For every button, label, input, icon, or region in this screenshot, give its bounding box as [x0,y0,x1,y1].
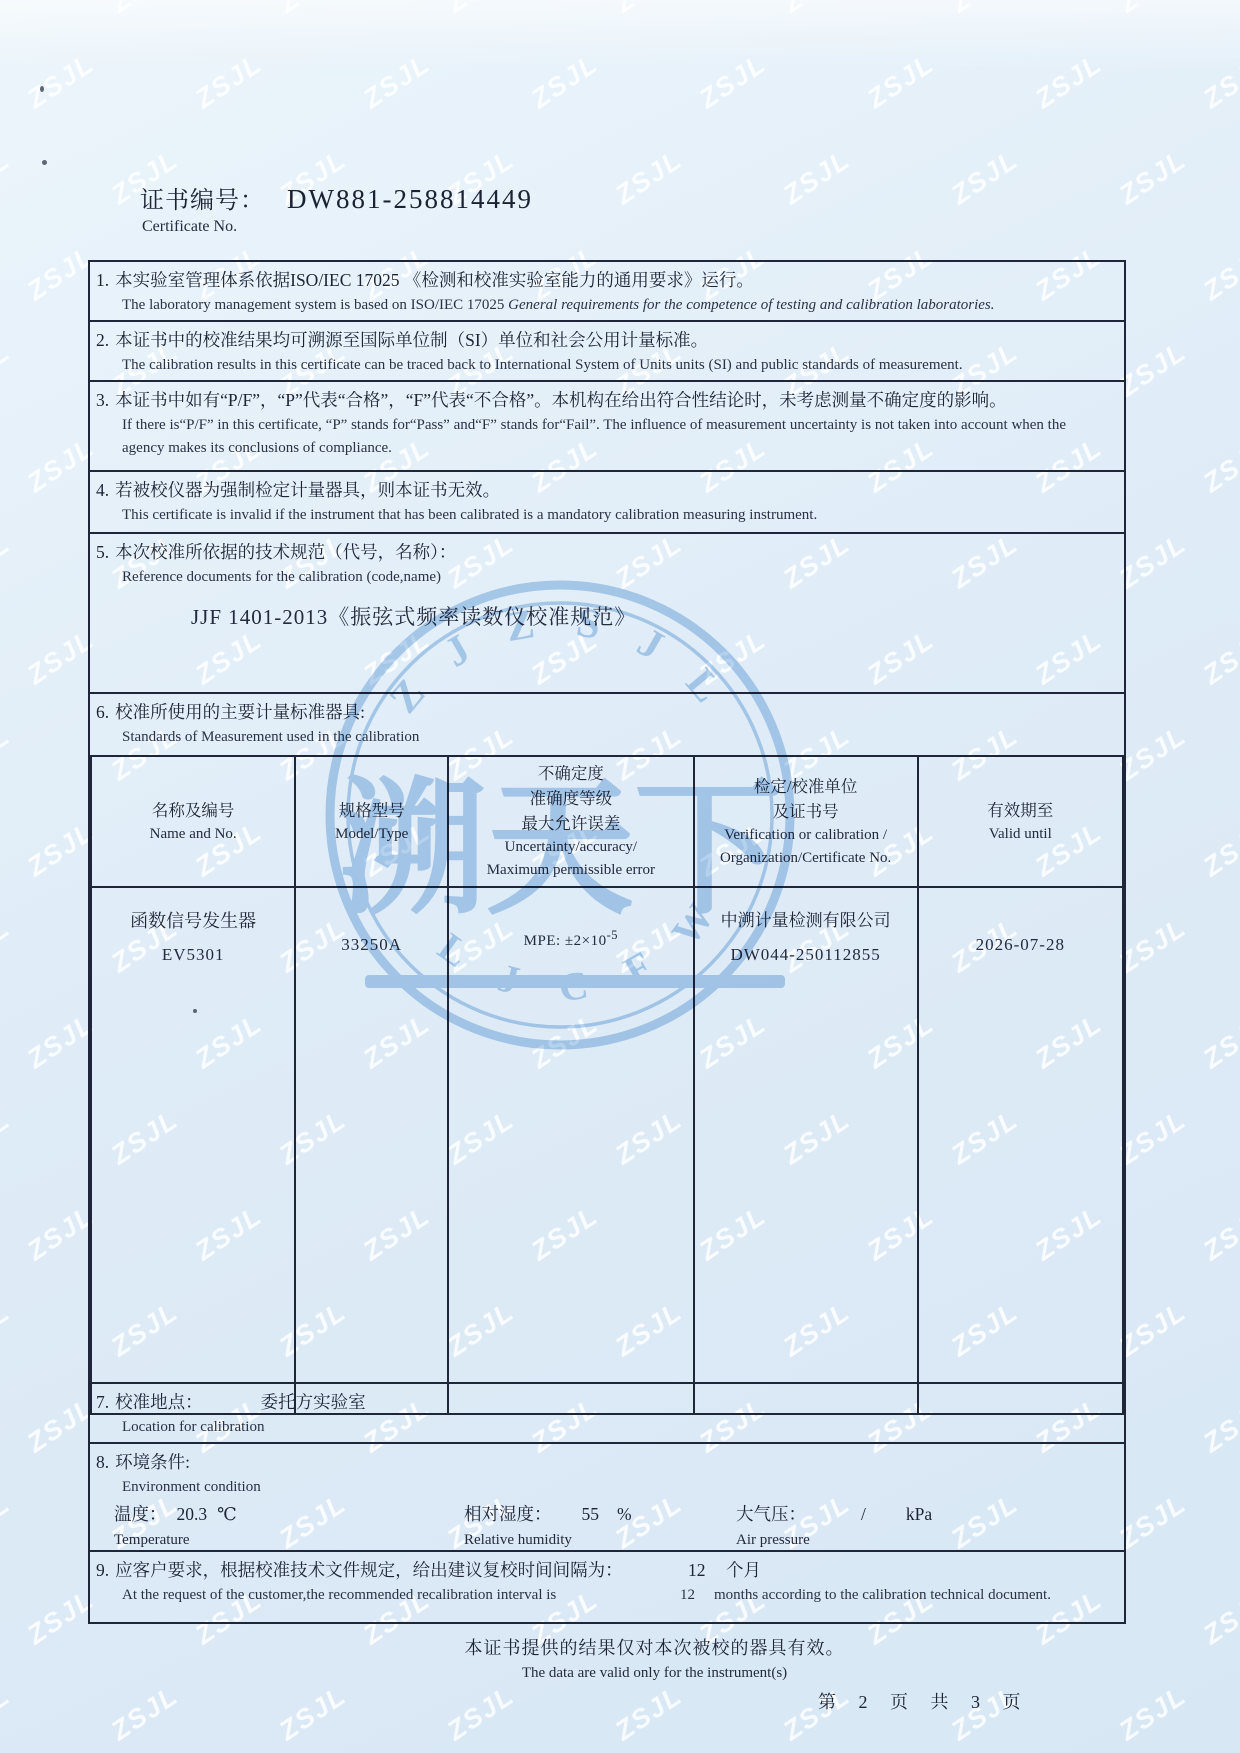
clause-text-en: The laboratory management system is base… [122,297,508,313]
calibration-location-value: 委托方实验室 [261,1392,366,1412]
recalibration-interval-zh: 12 [688,1557,706,1584]
section-2: 2.本证书中的校准结果均可溯源至国际单位制（SI）单位和社会公用计量标准。 Th… [88,320,1126,382]
cell-organization: 中溯计量检测有限公司 DW044-250112855 [694,887,918,1414]
clause-text-en: Standards of Measurement used in the cal… [90,726,1124,749]
cell-model: 33250A [295,887,448,1414]
temperature-block: 温度：20.3℃ Temperature [114,1501,237,1549]
header-cell-valid-until: 有效期至 Valid until [918,756,1123,887]
clause-number: 8. [96,1452,115,1472]
air-pressure-value: / [861,1504,866,1524]
clause-number: 6. [96,702,115,722]
humidity-block: 相对湿度：55% Relative humidity [464,1501,632,1549]
clause-text-en: If there is“P/F” in this certificate, “P… [96,414,1107,460]
clause-text-en: The calibration results in this certific… [96,354,1116,377]
clause-text-en-italic: General requirements for the competence … [508,297,994,313]
clause-text-zh: 环境条件: [115,1452,190,1472]
cell-instrument-name: 函数信号发生器 EV5301 [91,887,295,1414]
cert-no-label-en: Certificate No. [142,218,533,236]
clause-number: 7. [96,1392,115,1412]
standards-table: 名称及编号 Name and No. 规格型号 Model/Type 不确定度 … [90,755,1124,1415]
section-1: 1.本实验室管理体系依据ISO/IEC 17025 《检测和校准实验室能力的通用… [88,260,1126,322]
section-7: 7.校准地点：委托方实验室 Location for calibration [88,1382,1126,1444]
section-8: 8.环境条件: Environment condition 温度：20.3℃ T… [88,1442,1126,1552]
standards-table-data-row: 函数信号发生器 EV5301 33250A MPE: ±2×10-5 中溯计量检… [91,887,1123,1414]
footer-note-zh: 本证书提供的结果仅对本次被校的器具有效。 [183,1634,1126,1660]
cert-no-label-zh: 证书编号： [140,188,265,214]
cell-valid-until: 2026-07-28 [918,887,1123,1414]
footer-note: 本证书提供的结果仅对本次被校的器具有效。 The data are valid … [88,1634,1126,1682]
clause-text-zh: 本证书中如有“P/F”，“P”代表“合格”，“F”代表“不合格”。本机构在给出符… [115,390,1006,410]
clause-number: 4. [96,480,115,500]
footer-note-en: The data are valid only for the instrume… [183,1665,1126,1682]
certificate-page: ZSJLZSJLZSJLZSJLZSJLZSJLZSJLZSJLZSJLZSJL… [0,0,1240,1753]
clause-number: 9. [96,1560,115,1580]
clause-text-en: Reference documents for the calibration … [96,566,1116,589]
cert-no-value: DW881-258814449 [287,184,533,214]
certificate-number-block: 证书编号：DW881-258814449 Certificate No. [140,180,533,236]
reference-document: JJF 1401-2013《振弦式频率读数仪校准规范》 [96,601,1116,631]
temperature-value: 20.3 [177,1504,208,1524]
section-3: 3.本证书中如有“P/F”，“P”代表“合格”，“F”代表“不合格”。本机构在给… [88,380,1126,472]
clause-number: 2. [96,330,115,350]
section-4: 4.若被校仪器为强制检定计量器具，则本证书无效。 This certificat… [88,470,1126,534]
standards-table-header-row: 名称及编号 Name and No. 规格型号 Model/Type 不确定度 … [91,756,1123,887]
clause-number: 5. [96,542,115,562]
clause-number: 1. [96,270,115,290]
clauses-container: 1.本实验室管理体系依据ISO/IEC 17025 《检测和校准实验室能力的通用… [88,260,1126,1624]
recalibration-interval-en: 12 [680,1584,695,1607]
clause-text-en: Environment condition [96,1476,1116,1499]
clause-text-zh: 本证书中的校准结果均可溯源至国际单位制（SI）单位和社会公用计量标准。 [115,330,708,350]
recalibration-interval-unit-zh: 个月 [726,1557,761,1584]
clause-text-en: Location for calibration [96,1416,1116,1439]
header-cell-uncertainty: 不确定度 准确度等级 最大允许误差 Uncertainty/accuracy/ … [448,756,694,887]
header-cell-name: 名称及编号 Name and No. [91,756,295,887]
header-cell-model: 规格型号 Model/Type [295,756,448,887]
certificate-content: 证书编号：DW881-258814449 Certificate No. 1.本… [0,0,1240,1753]
cell-mpe: MPE: ±2×10-5 [448,887,694,1414]
page-number: 第 2 页 共 3 页 [818,1688,1030,1714]
clause-text-zh: 本实验室管理体系依据ISO/IEC 17025 《检测和校准实验室能力的通用要求… [115,270,754,290]
clause-number: 3. [96,390,115,410]
clause-text-zh: 校准地点： [115,1392,203,1412]
section-5: 5.本次校准所依据的技术规范（代号，名称）： Reference documen… [88,532,1126,694]
clause-text-zh: 校准所使用的主要计量标准器具: [115,702,365,722]
clause-text-zh: 应客户要求，根据校准技术文件规定，给出建议复校时间间隔为： [115,1560,623,1580]
clause-text-zh: 本次校准所依据的技术规范（代号，名称）： [115,542,456,562]
header-cell-organization: 检定/校准单位 及证书号 Verification or calibration… [694,756,918,887]
humidity-value: 55 [582,1504,600,1524]
clause-text-zh: 若被校仪器为强制检定计量器具，则本证书无效。 [115,480,500,500]
recalibration-interval-suffix-en: months according to the calibration tech… [714,1584,1051,1607]
air-pressure-block: 大气压：/kPa Air pressure [736,1501,932,1549]
section-6: 6.校准所使用的主要计量标准器具: Standards of Measureme… [88,692,1126,1384]
clause-text-en: At the request of the customer,the recom… [122,1587,556,1603]
clause-text-en: This certificate is invalid if the instr… [96,504,1116,527]
section-9: 9.应客户要求，根据校准技术文件规定，给出建议复校时间间隔为： 12 个月 At… [88,1550,1126,1624]
